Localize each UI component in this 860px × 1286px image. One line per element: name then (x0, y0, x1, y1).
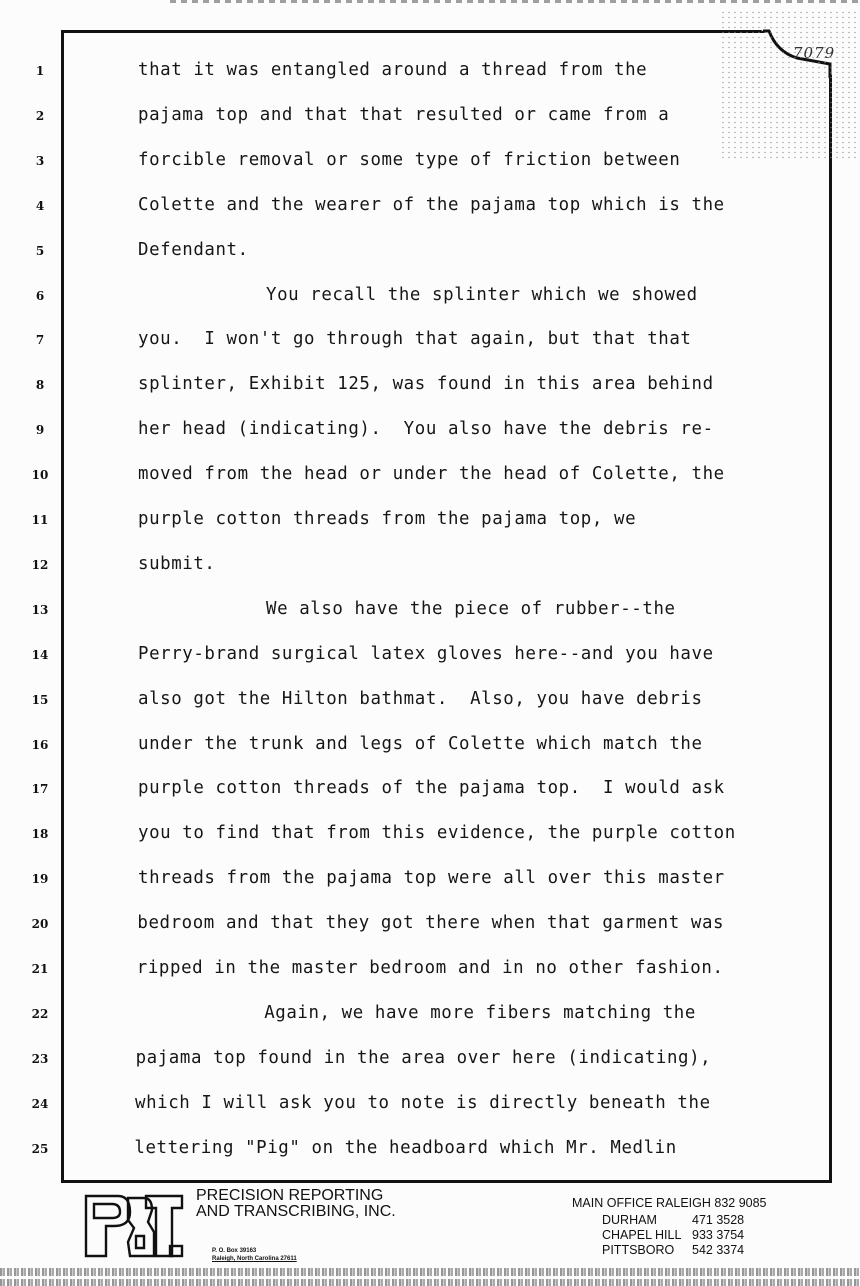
line-number: 14 (20, 648, 60, 662)
address-line2: Raleigh, North Carolina 27611 (212, 1255, 297, 1263)
company-name: PRECISION REPORTING AND TRANSCRIBING, IN… (196, 1188, 396, 1220)
line-number: 5 (20, 244, 60, 258)
company-address: P. O. Box 39163 Raleigh, North Carolina … (212, 1247, 297, 1263)
main-office: MAIN OFFICE RALEIGH 832 9085 (572, 1196, 767, 1210)
line-number: 17 (20, 782, 60, 796)
line-number: 13 (20, 603, 60, 617)
transcript-line: purple cotton threads of the pajama top.… (138, 778, 725, 798)
line-number: 8 (20, 378, 60, 392)
office-row: CHAPEL HILL933 3754 (602, 1228, 767, 1243)
transcript-line: also got the Hilton bathmat. Also, you h… (138, 689, 703, 709)
transcript-line: threads from the pajama top were all ove… (138, 868, 725, 888)
office-phone: 933 3754 (692, 1228, 744, 1243)
line-number: 12 (20, 558, 60, 572)
line-number: 16 (20, 738, 60, 752)
office-list: DURHAM471 3528CHAPEL HILL933 3754PITTSBO… (572, 1213, 767, 1258)
office-phone: 471 3528 (692, 1213, 744, 1228)
line-number: 4 (20, 199, 60, 213)
office-row: PITTSBORO542 3374 (602, 1243, 767, 1258)
line-number: 2 (20, 109, 60, 123)
office-phone: 542 3374 (692, 1243, 744, 1258)
line-number: 9 (20, 423, 60, 437)
office-directory: MAIN OFFICE RALEIGH 832 9085 DURHAM471 3… (572, 1196, 767, 1258)
line-number: 1 (20, 64, 60, 78)
company-name-line2: AND TRANSCRIBING, INC. (196, 1204, 396, 1220)
line-number: 19 (20, 872, 60, 886)
transcript-line: splinter, Exhibit 125, was found in this… (138, 374, 714, 394)
transcript-line: you. I won't go through that again, but … (138, 329, 692, 349)
line-number: 21 (20, 962, 60, 976)
transcript-line: which I will ask you to note is directly… (135, 1093, 711, 1113)
line-number: 22 (20, 1007, 60, 1021)
scan-artifact-bottom (0, 1268, 860, 1286)
transcript-line: submit. (138, 554, 216, 574)
address-line1: P. O. Box 39163 (212, 1247, 297, 1255)
transcript-line: bedroom and that they got there when tha… (137, 913, 724, 933)
company-name-line1: PRECISION REPORTING (196, 1188, 396, 1204)
transcript-line: You recall the splinter which we showed (266, 285, 698, 305)
office-row: DURHAM471 3528 (602, 1213, 767, 1228)
scan-artifact-top (170, 0, 860, 3)
transcript-line: ripped in the master bedroom and in no o… (137, 958, 724, 978)
line-number: 18 (20, 827, 60, 841)
line-number: 6 (20, 289, 60, 303)
line-number: 24 (20, 1097, 60, 1111)
page-number: 7079 (793, 44, 835, 62)
transcript-line: Defendant. (138, 240, 249, 260)
transcript-line: Perry-brand surgical latex gloves here--… (138, 644, 714, 664)
transcript-line: purple cotton threads from the pajama to… (138, 509, 636, 529)
line-number: 20 (20, 917, 60, 931)
transcript-line: under the trunk and legs of Colette whic… (138, 734, 703, 754)
line-number: 15 (20, 693, 60, 707)
office-city: DURHAM (602, 1213, 692, 1228)
transcript-line: pajama top found in the area over here (… (136, 1048, 712, 1068)
line-number: 10 (20, 468, 60, 482)
transcript-line: pajama top and that that resulted or cam… (138, 105, 669, 125)
line-number: 7 (20, 333, 60, 347)
transcript-line: you to find that from this evidence, the… (138, 823, 736, 843)
transcript-line: that it was entangled around a thread fr… (138, 60, 647, 80)
transcript-line: moved from the head or under the head of… (138, 464, 725, 484)
line-number: 25 (20, 1142, 60, 1156)
transcript-line: Again, we have more fibers matching the (264, 1003, 696, 1023)
line-number: 11 (20, 513, 60, 527)
transcript-line: Colette and the wearer of the pajama top… (138, 195, 725, 215)
office-city: CHAPEL HILL (602, 1228, 692, 1243)
transcript-line: lettering "Pig" on the headboard which M… (134, 1138, 676, 1158)
transcript-line: forcible removal or some type of frictio… (138, 150, 680, 170)
line-number: 3 (20, 154, 60, 168)
transcript-line: We also have the piece of rubber--the (266, 599, 676, 619)
office-city: PITTSBORO (602, 1243, 692, 1258)
company-logo-icon (84, 1192, 184, 1262)
line-number: 23 (20, 1052, 60, 1066)
transcript-line: her head (indicating). You also have the… (138, 419, 714, 439)
